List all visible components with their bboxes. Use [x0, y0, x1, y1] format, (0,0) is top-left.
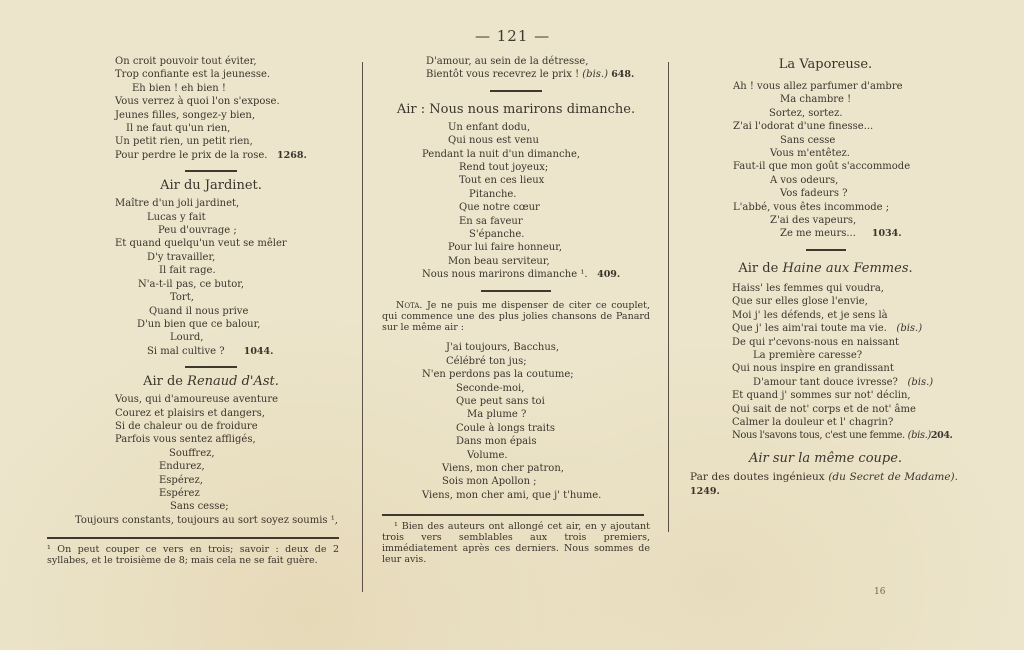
song-stanza: Haiss' les femmes qui voudra, Que sur el… [688, 282, 963, 443]
verse-line: Ah ! vous allez parfumer d'ambre [733, 80, 963, 93]
column-divider-1 [362, 62, 363, 592]
verse-line: Viens, mon cher patron, [422, 462, 650, 475]
section-rule [490, 90, 542, 92]
verse-line: Sortez, sortez. [733, 107, 963, 120]
song-stanza: Un enfant dodu, Qui nous est venu Pendan… [382, 121, 650, 282]
song-title: Air : Nous nous marirons dimanche. [382, 102, 650, 117]
verse-line: Si de chaleur ou de froidure [115, 420, 347, 433]
verse-line: Qui nous est venu [422, 134, 650, 147]
signature-mark: 16 [874, 587, 885, 597]
verse-line: Pitanche. [422, 188, 650, 201]
footnote-rule [382, 514, 644, 516]
song-stanza: Ah ! vous allez parfumer d'ambre Ma cham… [688, 80, 963, 241]
song-reference: Par des doutes ingénieux (du Secret de M… [688, 470, 958, 499]
verse-line: Il ne faut qu'un rien, [115, 122, 347, 135]
verse-line: De qui r'cevons-nous en naissant [732, 336, 963, 349]
song-stanza: Vous, qui d'amoureuse aventure Courez et… [75, 393, 347, 527]
song-title: Air du Jardinet. [75, 178, 347, 193]
verse-line: Tout en ces lieux [422, 174, 650, 187]
verse-line: Souffrez, [115, 447, 347, 460]
verse-line: Vous verrez à quoi l'on s'expose. [115, 95, 347, 108]
verse-line: La première caresse? [732, 349, 963, 362]
song-title: Air sur la même coupe. [688, 451, 963, 466]
verse-line: Toujours constants, toujours au sort soy… [75, 514, 347, 527]
page-number: — 121 — [475, 27, 550, 45]
verse-line: Il fait rage. [115, 264, 347, 277]
verse-line: Ze me meurs... [780, 228, 856, 239]
verse-line: Vos fadeurs ? [733, 187, 963, 200]
verse-line: D'y travailler, [115, 251, 347, 264]
tune-reference-number: 1044. [244, 346, 274, 357]
verse-line: D'amour, au sein de la détresse, [426, 55, 650, 68]
verse-line: Bientôt vous recevrez le prix ! [426, 69, 579, 80]
bis-marker: (bis.) [582, 69, 608, 80]
verse-line: Et quand j' sommes sur not' déclin, [732, 389, 963, 402]
verse-line: Z'ai l'odorat d'une finesse... [733, 120, 963, 133]
verse-line: N'a-t-il pas, ce butor, [115, 278, 347, 291]
opening-stanza: On croit pouvoir tout éviter, Trop confi… [75, 55, 347, 162]
verse-line: Rend tout joyeux; [422, 161, 650, 174]
verse-line: Espérez, [115, 474, 347, 487]
verse-line: Volume. [422, 449, 650, 462]
column-3: La Vaporeuse. Ah ! vous allez parfumer d… [688, 55, 963, 499]
tune-reference-number: 648. [611, 69, 634, 80]
verse-line: Endurez, [115, 460, 347, 473]
section-rule [481, 290, 551, 292]
bis-marker: (bis.) [896, 323, 922, 334]
opening-stanza: D'amour, au sein de la détresse, Bientôt… [382, 55, 650, 82]
song-stanza: Maître d'un joli jardinet, Lucas y fait … [75, 197, 347, 358]
tune-reference-number: 1034. [872, 228, 902, 239]
verse-line: Quand il nous prive [115, 305, 347, 318]
verse-line: Pendant la nuit d'un dimanche, [422, 148, 650, 161]
verse-line: Seconde-moi, [422, 382, 650, 395]
verse-line: D'un bien que ce balour, [115, 318, 347, 331]
verse-line: Sois mon Apollon ; [422, 475, 650, 488]
section-rule [185, 170, 237, 172]
verse-line: Mon beau serviteur, [422, 255, 650, 268]
verse-line: Vous, qui d'amoureuse aventure [115, 393, 347, 406]
column-divider-2 [668, 62, 669, 532]
verse-line: Nous l'savons tous, c'est une femme. [732, 430, 905, 441]
verse-line: D'amour tant douce ivresse? [753, 377, 898, 388]
verse-line: Pour lui faire honneur, [422, 241, 650, 254]
nota-paragraph: Nota. Je ne puis me dispenser de citer c… [382, 300, 650, 334]
verse-line: Sans cesse [733, 134, 963, 147]
verse-line: S'épanche. [422, 228, 650, 241]
tune-reference-number: 1268. [277, 150, 307, 161]
column-1: On croit pouvoir tout éviter, Trop confi… [75, 55, 347, 566]
song-title: Air de Haine aux Femmes. [688, 261, 963, 276]
verse-line: Que notre cœur [422, 201, 650, 214]
verse-line: Qui sait de not' corps et de not' âme [732, 403, 963, 416]
tune-reference-number: 409. [597, 269, 620, 280]
footnote: ¹ Bien des auteurs ont allongé cet air, … [382, 521, 650, 566]
verse-line: Que peut sans toi [422, 395, 650, 408]
verse-line: Viens, mon cher ami, que j' t'hume. [422, 489, 650, 502]
verse-line: Trop confiante est la jeunesse. [115, 68, 347, 81]
verse-line: Sans cesse; [115, 500, 347, 513]
verse-line: Si mal cultive ? [147, 346, 225, 357]
verse-line: Lourd, [115, 331, 347, 344]
bis-marker: (bis.) [907, 377, 933, 388]
tune-reference-number: 204. [931, 430, 953, 441]
verse-line: Et quand quelqu'un veut se mêler [115, 237, 347, 250]
verse-line: Maître d'un joli jardinet, [115, 197, 347, 210]
verse-line: A vos odeurs, [733, 174, 963, 187]
verse-line: Qui nous inspire en grandissant [732, 362, 963, 375]
verse-line: N'en perdons pas la coutume; [422, 368, 650, 381]
verse-line: Pour perdre le prix de la rose. [115, 150, 267, 161]
verse-line: Espérez [115, 487, 347, 500]
verse-line: Eh bien ! eh bien ! [115, 82, 347, 95]
verse-line: On croit pouvoir tout éviter, [115, 55, 347, 68]
verse-line: Courez et plaisirs et dangers, [115, 407, 347, 420]
verse-line: Vous m'entêtez. [733, 147, 963, 160]
verse-line: Que j' les aim'rai toute ma vie. [732, 323, 887, 334]
verse-line: Ma plume ? [422, 408, 650, 421]
verse-line: En sa faveur [422, 215, 650, 228]
verse-line: Jeunes filles, songez-y bien, [115, 109, 347, 122]
section-rule [185, 366, 237, 368]
verse-line: Parfois vous sentez affligés, [115, 433, 347, 446]
verse-line: Calmer la douleur et l' chagrin? [732, 416, 963, 429]
verse-line: Haiss' les femmes qui voudra, [732, 282, 963, 295]
verse-line: Nous nous marirons dimanche ¹. [422, 269, 588, 280]
verse-line: Un petit rien, un petit rien, [115, 135, 347, 148]
verse-line: Moi j' les défends, et je sens là [732, 309, 963, 322]
bis-marker: (bis.) [908, 430, 931, 441]
section-rule [806, 249, 846, 251]
verse-line: Dans mon épais [422, 435, 650, 448]
footnote: ¹ On peut couper ce vers en trois; savoi… [47, 544, 339, 566]
song-title: La Vaporeuse. [688, 57, 963, 72]
song-stanza: J'ai toujours, Bacchus, Célébré ton jus;… [382, 341, 650, 502]
verse-line: Lucas y fait [115, 211, 347, 224]
verse-line: Un enfant dodu, [422, 121, 650, 134]
column-2: D'amour, au sein de la détresse, Bientôt… [382, 55, 650, 565]
verse-line: Ma chambre ! [733, 93, 963, 106]
verse-line: Coule à longs traits [422, 422, 650, 435]
song-title: Air de Renaud d'Ast. [75, 374, 347, 389]
verse-line: J'ai toujours, Bacchus, [422, 341, 650, 354]
footnote-rule [47, 537, 339, 539]
verse-line: Z'ai des vapeurs, [733, 214, 963, 227]
verse-line: L'abbé, vous êtes incommode ; [733, 201, 963, 214]
verse-line: Que sur elles glose l'envie, [732, 295, 963, 308]
verse-line: Faut-il que mon goût s'accommode [733, 160, 963, 173]
verse-line: Tort, [115, 291, 347, 304]
verse-line: Célébré ton jus; [422, 355, 650, 368]
verse-line: Peu d'ouvrage ; [115, 224, 347, 237]
